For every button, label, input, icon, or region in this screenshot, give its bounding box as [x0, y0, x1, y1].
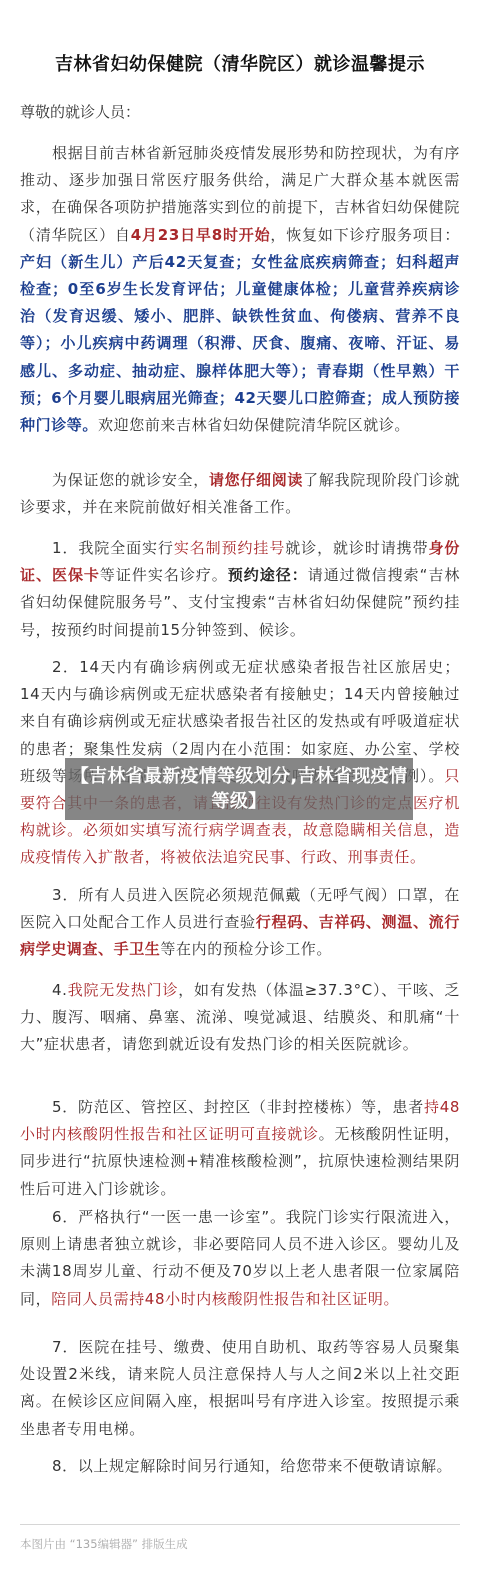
rule-item-7: 7．医院在挂号、缴费、使用自助机、取药等容易人员聚集处设置2米线，请来院人员注意… — [20, 1334, 460, 1443]
rule-highlight: 我院无发热门诊 — [68, 981, 179, 999]
safety-text: 为保证您的就诊安全， — [52, 471, 209, 489]
rule-highlight: 实名制预约挂号 — [174, 539, 285, 557]
rule-text: 1．我院全面实行 — [52, 539, 174, 557]
rule-text: 等在内的预检分诊工作。 — [160, 940, 332, 958]
intro-text: ，恢复如下诊疗服务项目： — [270, 226, 460, 244]
rule-item-1: 1．我院全面实行实名制预约挂号就诊，就诊时请携带身份证、医保卡等证件实名诊疗。预… — [20, 535, 460, 644]
rule-item-5: 5．防范区、管控区、封控区（非封控楼栋）等，患者持48小时内核酸阴性报告和社区证… — [20, 1094, 460, 1203]
rule-item-6: 6．严格执行“一医一患一诊室”。我院门诊实行限流进入，原则上请患者独立就诊，非必… — [20, 1204, 460, 1313]
start-date-highlight: 4月23日早8时开始 — [131, 226, 271, 244]
rule-text: 8．以上规定解除时间另行通知，给您带来不便敬请谅解。 — [52, 1457, 452, 1475]
rule-text: 等证件实名诊疗。 — [100, 566, 228, 584]
greeting: 尊敬的就诊人员： — [20, 101, 140, 122]
rule-item-3: 3．所有人员进入医院必须规范佩戴（无呼气阀）口罩，在医院入口处配合工作人员进行查… — [20, 882, 460, 964]
rule-item-4: 4.我院无发热门诊，如有发热（体温≥37.3°C）、干咳、乏力、腹泻、咽痛、鼻塞… — [20, 977, 460, 1059]
rule-text: 7．医院在挂号、缴费、使用自助机、取药等容易人员聚集处设置2米线，请来院人员注意… — [20, 1338, 460, 1438]
rule-text: 5．防范区、管控区、封控区（非封控楼栋）等，患者 — [52, 1098, 424, 1116]
booking-channel-label: 预约途径： — [228, 566, 308, 584]
rule-highlight: 陪同人员需持48小时内核酸阴性报告和社区证明。 — [51, 1290, 399, 1308]
read-carefully-highlight: 请您仔细阅读 — [209, 471, 303, 489]
rule-item-8: 8．以上规定解除时间另行通知，给您带来不便敬请谅解。 — [20, 1453, 460, 1480]
rule-text: 就诊，就诊时请携带 — [285, 539, 428, 557]
rule-text: 4. — [52, 981, 68, 999]
document-title: 吉林省妇幼保健院（清华院区）就诊温馨提示 — [0, 50, 480, 76]
services-list-highlight: 产妇（新生儿）产后42天复查；女性盆底疾病筛查；妇科超声检查；0至6岁生长发育评… — [20, 253, 460, 434]
article-caption-overlay: 【吉林省最新疫情等级划分,吉林省现疫情等级】 — [65, 758, 413, 820]
safety-paragraph: 为保证您的就诊安全，请您仔细阅读了解我院现阶段门诊就诊要求，并在来院前做好相关准… — [20, 467, 460, 521]
editor-credit: 本图片由 “135编辑器” 排版生成 — [20, 1536, 188, 1552]
footer-divider — [20, 1524, 460, 1525]
intro-paragraph: 根据目前吉林省新冠肺炎疫情发展形势和防控现状，为有序推动、逐步加强日常医疗服务供… — [20, 140, 460, 439]
welcome-text: 欢迎您前来吉林省妇幼保健院清华院区就诊。 — [98, 416, 410, 434]
